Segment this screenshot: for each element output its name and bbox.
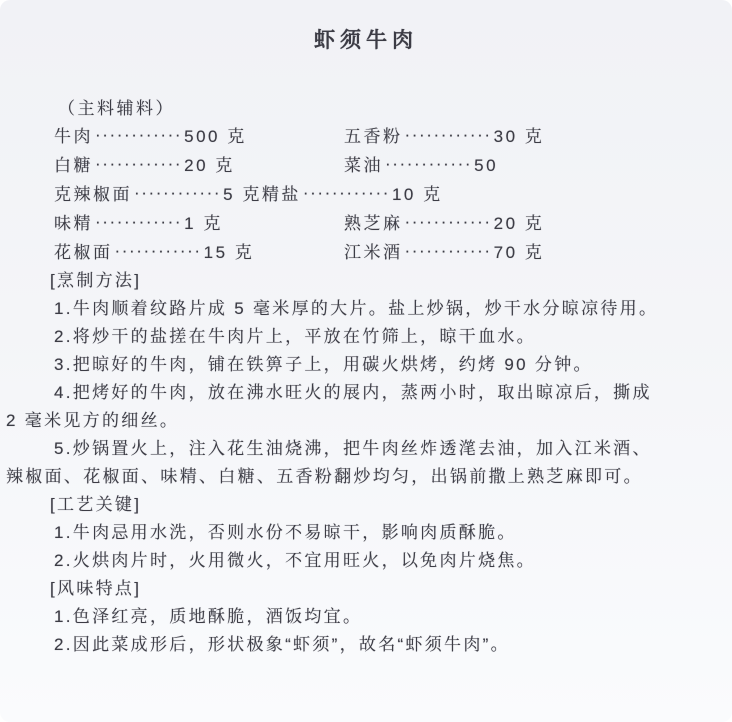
- dot-leader: ············: [95, 154, 182, 173]
- dot-leader: ············: [405, 125, 492, 144]
- method-step-line: 1.牛肉顺着纹路片成 5 毫米厚的大片。盐上炒锅，炒干水分晾凉待用。: [0, 295, 732, 323]
- dot-leader: ············: [405, 241, 492, 260]
- method-step-line: 5.炒锅置火上，注入花生油烧沸，把牛肉丝炸透滗去油，加入江米酒、: [0, 435, 732, 463]
- ingredient-item: 五香粉············30 克: [344, 122, 544, 151]
- ingredient-name: 精盐: [262, 185, 301, 204]
- method-step-line: 3.把晾好的牛肉，铺在铁箅子上，用碳火烘烤，约烤 90 分钟。: [0, 351, 732, 379]
- ingredients-wrap-line: 克辣椒面············5 克精盐············10 克: [0, 180, 732, 209]
- ingredient-item: 熟芝麻············20 克: [344, 209, 544, 238]
- dot-leader: ············: [95, 212, 182, 231]
- recipe-title: 虾须牛肉: [0, 28, 732, 54]
- flavor-section-header: [风味特点]: [0, 575, 732, 603]
- ingredient-item: 白糖············20 克: [54, 151, 344, 180]
- dot-leader: ············: [134, 183, 221, 202]
- dot-leader: ············: [95, 125, 182, 144]
- ingredient-amount: 20 克: [494, 214, 545, 233]
- dot-leader: ············: [115, 241, 202, 260]
- method-section-header: [烹制方法]: [0, 267, 732, 295]
- ingredient-amount: 30 克: [494, 127, 545, 146]
- ingredient-amount: 5 克: [223, 185, 262, 204]
- ingredient-row: 牛肉············500 克 五香粉············30 克: [0, 122, 732, 151]
- craft-section-header: [工艺关键]: [0, 491, 732, 519]
- ingredient-name: 熟芝麻: [344, 214, 403, 233]
- ingredient-amount: 10 克: [392, 185, 443, 204]
- craft-step-line: 1.牛肉忌用水洗，否则水份不易晾干，影响肉质酥脆。: [0, 519, 732, 547]
- method-step-line: 2.将炒干的盐搓在牛肉片上，平放在竹筛上，晾干血水。: [0, 323, 732, 351]
- ingredients-section-label: （主料辅料）: [0, 96, 732, 122]
- dot-leader: ············: [303, 183, 390, 202]
- ingredient-amount: 500 克: [184, 127, 247, 146]
- ingredient-name: 辣椒面: [74, 185, 133, 204]
- ingredient-item: 江米酒············70 克: [344, 238, 544, 267]
- ingredient-row: 味精············1 克 熟芝麻············20 克: [0, 209, 732, 238]
- wrapped-unit: 克: [54, 185, 74, 204]
- method-wrap-line: 辣椒面、花椒面、味精、白糖、五香粉翻炒均匀，出锅前撒上熟芝麻即可。: [0, 463, 732, 491]
- ingredient-name: 花椒面: [54, 243, 113, 262]
- method-step-line: 4.把烤好的牛肉，放在沸水旺火的展内，蒸两小时，取出晾凉后，撕成: [0, 379, 732, 407]
- ingredient-row: 白糖············20 克 菜油············50: [0, 151, 732, 180]
- flavor-step-line: 2.因此菜成形后，形状极象“虾须”，故名“虾须牛肉”。: [0, 631, 732, 659]
- ingredient-amount: 70 克: [494, 243, 545, 262]
- ingredient-name: 五香粉: [344, 127, 403, 146]
- ingredient-name: 味精: [54, 214, 93, 233]
- ingredient-amount: 20 克: [184, 156, 235, 175]
- recipe-document: 虾须牛肉 （主料辅料） 牛肉············500 克 五香粉·····…: [0, 0, 732, 722]
- craft-step-line: 2.火烘肉片时，火用微火，不宜用旺火，以免肉片烧焦。: [0, 547, 732, 575]
- ingredient-name: 江米酒: [344, 243, 403, 262]
- ingredient-item: 菜油············50: [344, 151, 498, 180]
- ingredient-amount: 15 克: [204, 243, 255, 262]
- ingredient-item: 牛肉············500 克: [54, 122, 344, 151]
- method-wrap-line: 2 毫米见方的细丝。: [0, 407, 732, 435]
- dot-leader: ············: [405, 212, 492, 231]
- ingredient-name: 菜油: [344, 156, 383, 175]
- ingredient-row: 花椒面············15 克 江米酒············70 克: [0, 238, 732, 267]
- dot-leader: ············: [385, 154, 472, 173]
- ingredient-item: 味精············1 克: [54, 209, 344, 238]
- ingredient-amount: 50: [474, 156, 498, 175]
- ingredient-name: 白糖: [54, 156, 93, 175]
- ingredient-amount: 1 克: [184, 214, 223, 233]
- ingredient-name: 牛肉: [54, 127, 93, 146]
- ingredient-item: 花椒面············15 克: [54, 238, 344, 267]
- flavor-step-line: 1.色泽红亮，质地酥脆，酒饭均宜。: [0, 603, 732, 631]
